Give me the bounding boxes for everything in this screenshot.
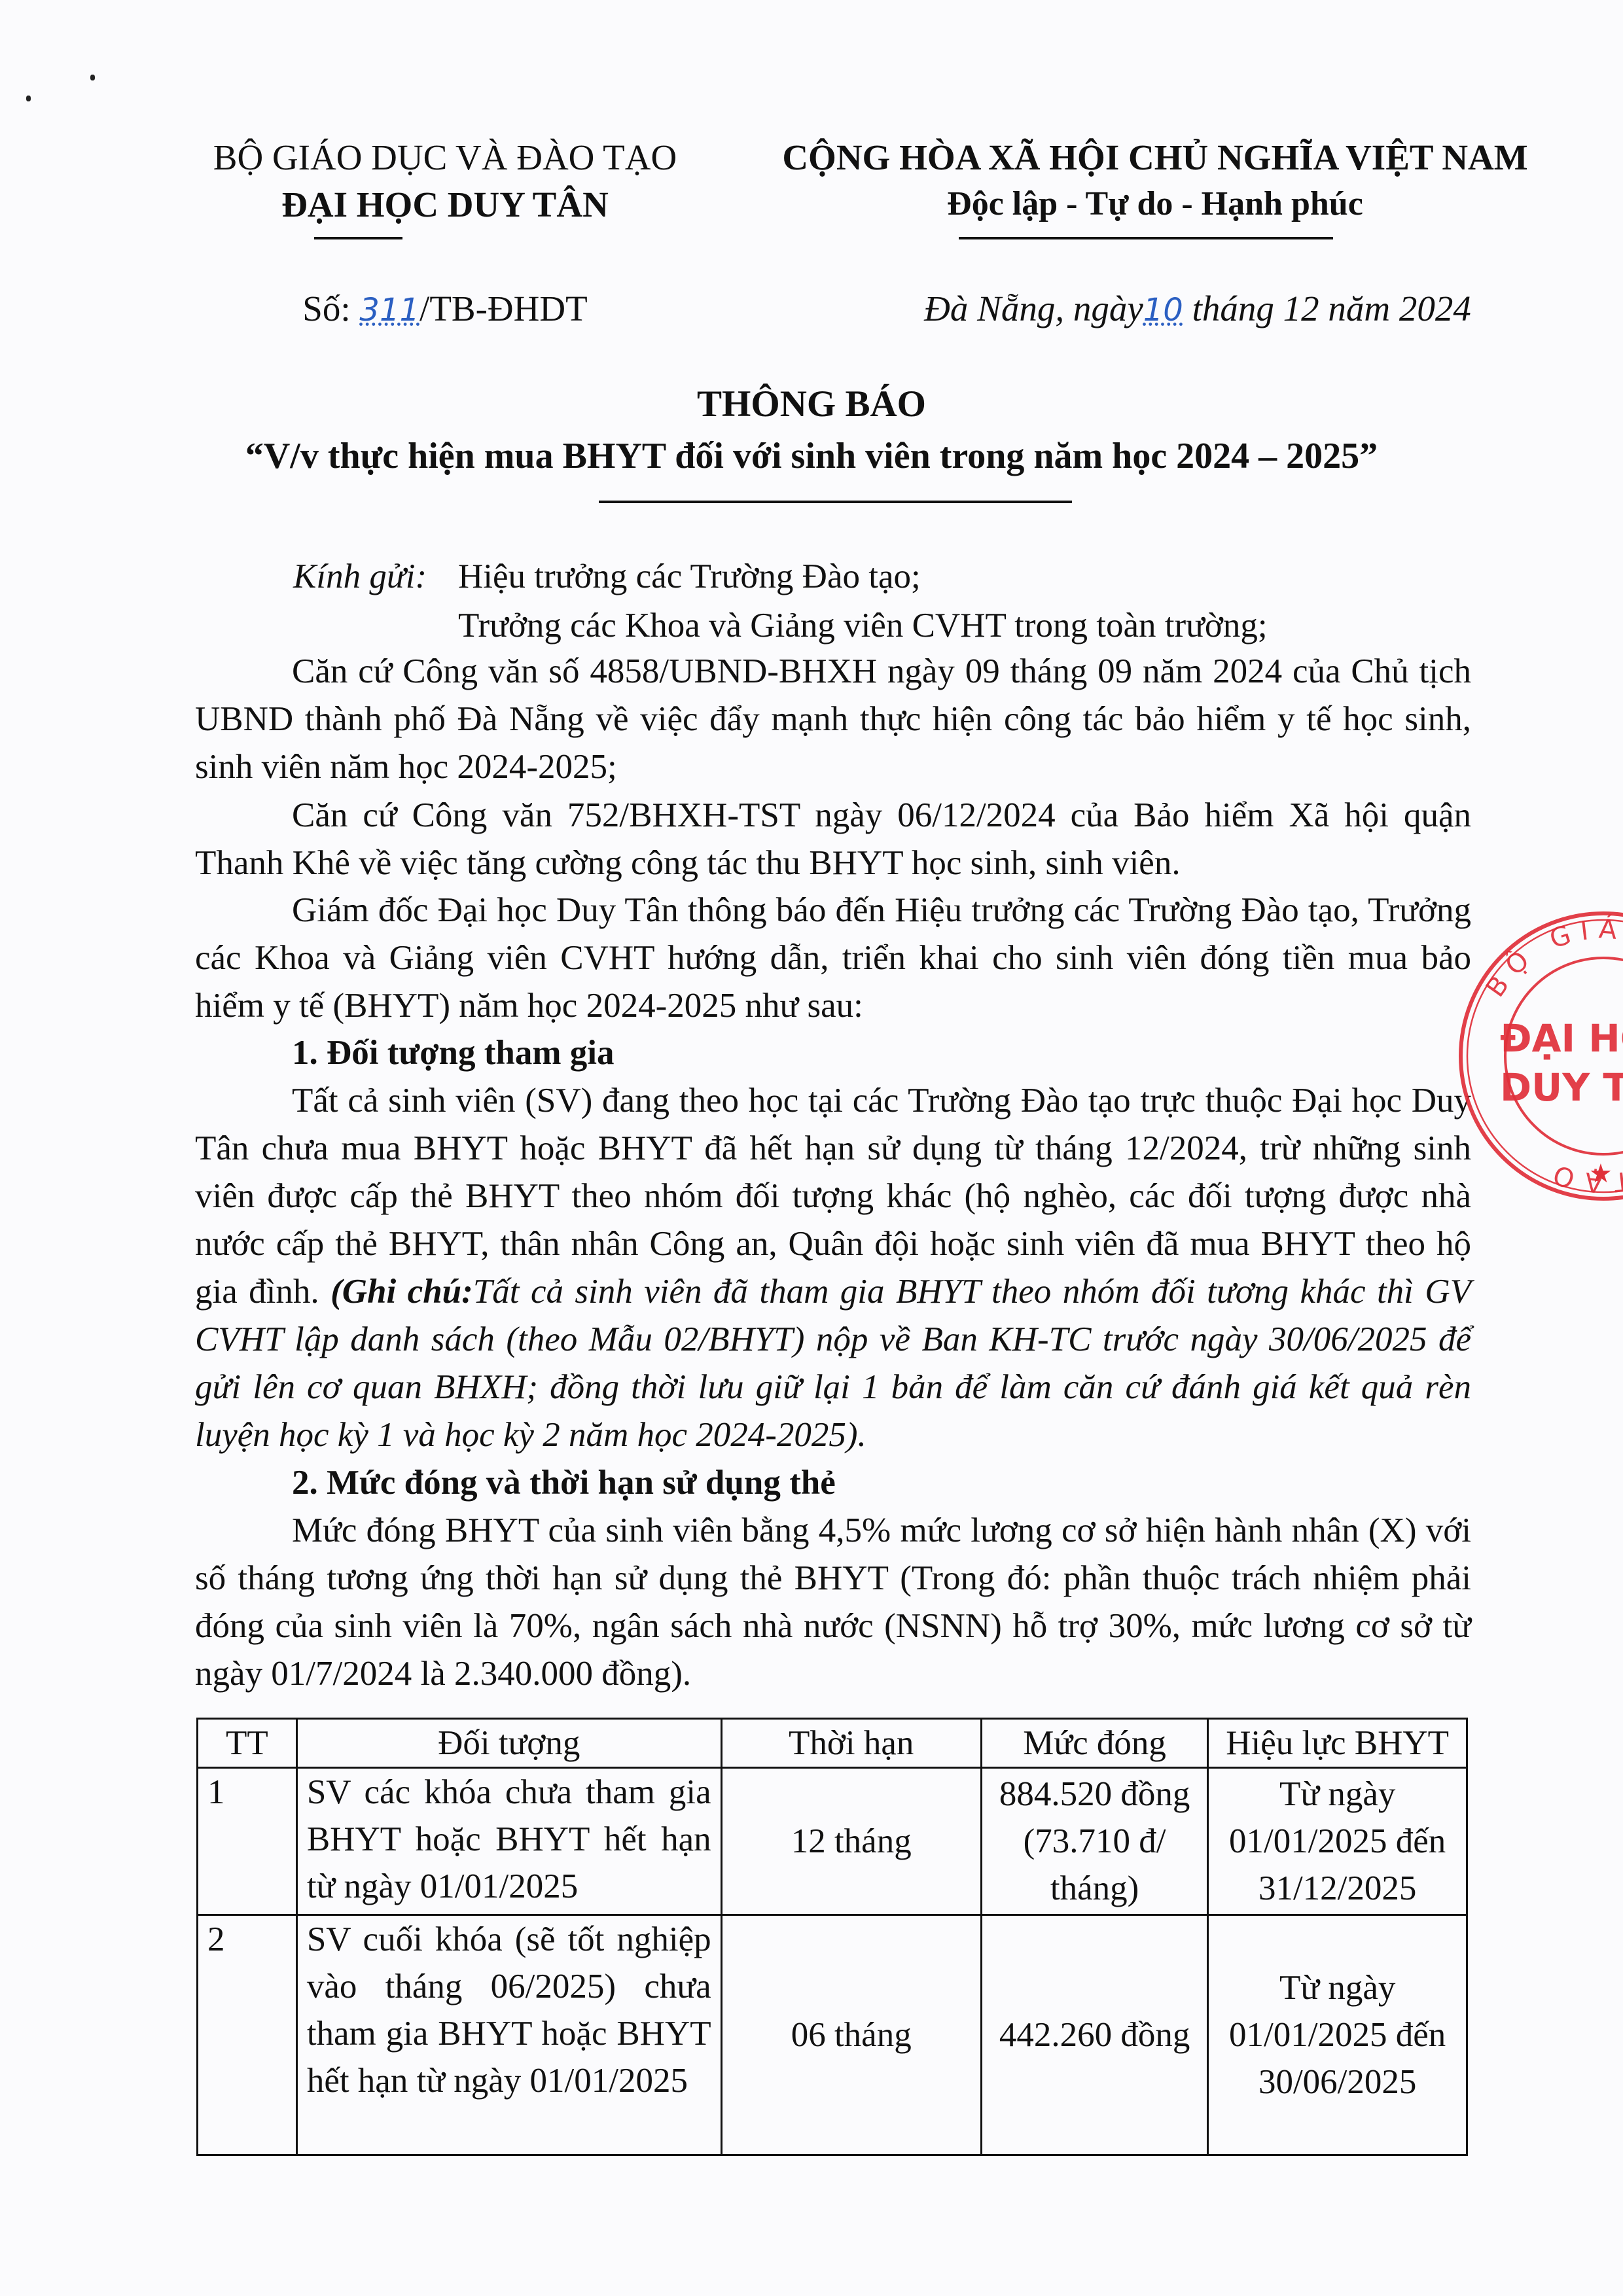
stamp-center-line-1: ĐẠI HỌC bbox=[1500, 1016, 1623, 1061]
header-fee: Mức đóng bbox=[981, 1719, 1208, 1768]
table-row: 2 SV cuối khóa (sẽ tốt nghiệp vào tháng … bbox=[198, 1915, 1467, 2155]
recipient-item: Trưởng các Khoa và Giảng viên CVHT trong… bbox=[458, 602, 1268, 650]
cell-fee: 884.520 đồng (73.710 đ/ tháng) bbox=[981, 1768, 1208, 1915]
header-duration: Thời hạn bbox=[721, 1719, 981, 1768]
basis-paragraph-2: Căn cứ Công văn 752/BHXH-TST ngày 06/12/… bbox=[195, 792, 1471, 887]
ministry-name: BỘ GIÁO DỤC VÀ ĐÀO TẠO bbox=[196, 137, 694, 178]
stamp-star-icon: ★ bbox=[1589, 1159, 1613, 1189]
document-subject: “V/v thực hiện mua BHYT đối với sinh viê… bbox=[0, 435, 1623, 477]
cell-fee: 442.260 đồng bbox=[981, 1915, 1208, 2155]
motto-underline bbox=[959, 237, 1333, 239]
university-name: ĐẠI HỌC DUY TÂN bbox=[196, 185, 694, 225]
recipient-item: Hiệu trưởng các Trường Đào tạo; bbox=[458, 553, 921, 601]
header-tt: TT bbox=[198, 1719, 297, 1768]
university-underline bbox=[314, 237, 402, 239]
cell-duration: 12 tháng bbox=[721, 1768, 981, 1915]
country-name: CỘNG HÒA XÃ HỘI CHỦ NGHĨA VIỆT NAM bbox=[772, 137, 1538, 178]
cell-validity: Từ ngày 01/01/2025 đến 31/12/2025 bbox=[1208, 1768, 1467, 1915]
fee-table: TT Đối tượng Thời hạn Mức đóng Hiệu lực … bbox=[196, 1718, 1468, 2156]
scan-speck bbox=[90, 75, 95, 80]
document-date: Đà Nẵng, ngày10 tháng 12 năm 2024 bbox=[903, 288, 1492, 329]
intro-paragraph: Giám đốc Đại học Duy Tân thông báo đến H… bbox=[195, 887, 1471, 1030]
section-2-heading: 2. Mức đóng và thời hạn sử dụng thẻ bbox=[292, 1459, 836, 1507]
header-validity: Hiệu lực BHYT bbox=[1208, 1719, 1467, 1768]
basis-paragraph-1: Căn cứ Công văn số 4858/UBND-BHXH ngày 0… bbox=[195, 648, 1471, 791]
subject-underline bbox=[599, 501, 1072, 503]
handwritten-day: 10 bbox=[1143, 292, 1183, 328]
national-motto: Độc lập - Tự do - Hạnh phúc bbox=[772, 185, 1538, 224]
handwritten-number: 311 bbox=[359, 292, 419, 328]
cell-tt: 2 bbox=[198, 1915, 297, 2155]
table-row: 1 SV các khóa chưa tham gia BHYT hoặc BH… bbox=[198, 1768, 1467, 1915]
header-subject: Đối tượng bbox=[296, 1719, 721, 1768]
section-1-paragraph: Tất cả sinh viên (SV) đang theo học tại … bbox=[195, 1077, 1471, 1459]
section-1-heading: 1. Đối tượng tham gia bbox=[292, 1029, 615, 1077]
recipients-label: Kính gửi: bbox=[293, 553, 427, 601]
cell-subject: SV cuối khóa (sẽ tốt nghiệp vào tháng 06… bbox=[296, 1915, 721, 2155]
cell-duration: 06 tháng bbox=[721, 1915, 981, 2155]
document-number: Số: 311/TB-ĐHDT bbox=[196, 288, 694, 329]
stamp-center-line-2: DUY TÂN bbox=[1500, 1065, 1623, 1110]
note-label: (Ghi chú: bbox=[330, 1273, 473, 1311]
cell-subject: SV các khóa chưa tham gia BHYT hoặc BHYT… bbox=[296, 1768, 721, 1915]
document-title: THÔNG BÁO bbox=[0, 383, 1623, 425]
cell-validity: Từ ngày 01/01/2025 đến 30/06/2025 bbox=[1208, 1915, 1467, 2155]
scan-speck bbox=[26, 96, 31, 101]
section-2-paragraph: Mức đóng BHYT của sinh viên bằng 4,5% mứ… bbox=[195, 1507, 1471, 1698]
cell-tt: 1 bbox=[198, 1768, 297, 1915]
table-header-row: TT Đối tượng Thời hạn Mức đóng Hiệu lực … bbox=[198, 1719, 1467, 1768]
official-seal-stamp: BỘ GIÁO DỤC VÀ ĐÀO TẠO ĐẠI HỌC DUY TÂN ★ bbox=[1458, 911, 1623, 1201]
